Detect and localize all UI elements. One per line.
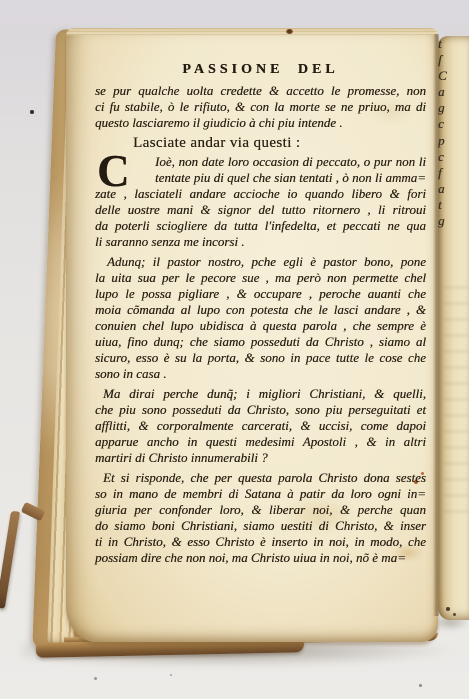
strap-attachment — [21, 502, 46, 522]
paragraph: Adunq; il pastor nostro, pche egli è pas… — [95, 254, 426, 382]
text-line: moia cõmanda al lupo con potesta che le … — [95, 302, 426, 318]
facing-page-show-through — [444, 286, 468, 516]
text-line: uiua, fino dunq; che siamo posseduti da … — [95, 334, 426, 350]
dust-speck — [446, 607, 450, 611]
text-line: apparue ancho in questi medesimi Apostol… — [95, 434, 426, 450]
text-line: ci fu stabile, ò le rifiuto, & con la mo… — [95, 99, 426, 115]
text-line: a — [438, 181, 460, 197]
clasp-strap — [8, 504, 44, 614]
paragraph: Et si risponde, che per questa parola Ch… — [95, 470, 426, 566]
text-line: t — [438, 36, 460, 52]
text-line: g — [438, 213, 460, 229]
text-line: Ioè, non date loro occasion di peccato, … — [155, 154, 426, 170]
page-top-edge — [66, 28, 438, 36]
paragraph-continuation: se pur qualche uolta credette & accetto … — [95, 83, 426, 131]
facing-page-edge-letters: tſCagcpcfatg — [438, 36, 460, 236]
dust-speck — [170, 674, 172, 676]
text-line: tentate piu di quel che sian tentati , ò… — [155, 170, 426, 186]
paragraph-dropcap: C Ioè, non date loro occasion di peccato… — [95, 154, 426, 250]
paragraph: Ma dirai perche dunq̃; i migliori Christ… — [95, 386, 426, 466]
drop-cap-initial: C — [97, 155, 130, 188]
text-line: so in mano de membri di Satana à patir d… — [95, 486, 426, 502]
dropcap-lines: Ioè, non date loro occasion di peccato, … — [95, 154, 426, 250]
text-line: possiam dire che non noi, ma Christo uiu… — [95, 550, 426, 566]
facing-page-sliver: tſCagcpcfatg — [438, 36, 469, 620]
book-page: PASSIONE DEL se pur qualche uolta credet… — [66, 28, 438, 642]
text-line: g — [438, 100, 460, 116]
text-line: questo lasciaremo il giudicio à chi piu … — [95, 115, 426, 131]
text-line: Adunq; il pastor nostro, pche egli è pas… — [95, 254, 426, 270]
text-line: lupo le possa pigliare , & occupare , pe… — [95, 286, 426, 302]
text-line: la uita sua per le pecore sue , ma però … — [95, 270, 426, 286]
text-line: sicuro, esso è su la porta, & sono in pa… — [95, 350, 426, 366]
text-line: c — [438, 116, 460, 132]
dust-speck — [94, 677, 97, 680]
text-line: f — [438, 165, 460, 181]
text-line: ti in Christo, & esso Christo è inserto … — [95, 534, 426, 550]
text-line: Lasciate andar via questi : — [95, 134, 426, 152]
text-line: C — [438, 68, 460, 84]
text-line: do siamo boni Christiani, siamo uestiti … — [95, 518, 426, 534]
text-line: se pur qualche uolta credette & accetto … — [95, 83, 426, 99]
text-line: ſ — [438, 52, 460, 68]
text-line: t — [438, 197, 460, 213]
text-line: li saranno senza me incorsi . — [95, 234, 426, 250]
text-line: zate , lasciateli andare accioche io qua… — [95, 186, 426, 202]
cover-wormhole-dot — [30, 110, 34, 114]
text-line: sono in casa . — [95, 366, 426, 382]
text-line: giuria per confonder loro, & liberar noi… — [95, 502, 426, 518]
text-line: delle uostre mani & signor del tutto rit… — [95, 202, 426, 218]
text-line: c — [438, 149, 460, 165]
text-line: afflitti, & corporalmente carcerati, & u… — [95, 418, 426, 434]
text-line: p — [438, 133, 460, 149]
text-line: Ma dirai perche dunq̃; i migliori Christ… — [95, 386, 426, 402]
dust-speck — [453, 613, 456, 616]
text-line: da poterli sciogliere da tutta l'infedel… — [95, 218, 426, 234]
running-header: PASSIONE DEL — [95, 61, 426, 79]
text-line: martiri di Christo innumerabili ? — [95, 450, 426, 466]
text-block: PASSIONE DEL se pur qualche uolta credet… — [95, 61, 426, 566]
dust-speck — [419, 684, 422, 687]
text-line: a — [438, 84, 460, 100]
strap-tail — [0, 511, 20, 609]
text-line: che piu sono posseduti da Christo, sono … — [95, 402, 426, 418]
section-heading: Lasciate andar via questi : — [95, 134, 426, 152]
text-line: conuien chel lupo ubidisca à questa paro… — [95, 318, 426, 334]
top-edge-speck — [286, 29, 293, 34]
book-photograph: PASSIONE DEL se pur qualche uolta credet… — [0, 0, 469, 699]
text-line: Et si risponde, che per questa parola Ch… — [95, 470, 426, 486]
